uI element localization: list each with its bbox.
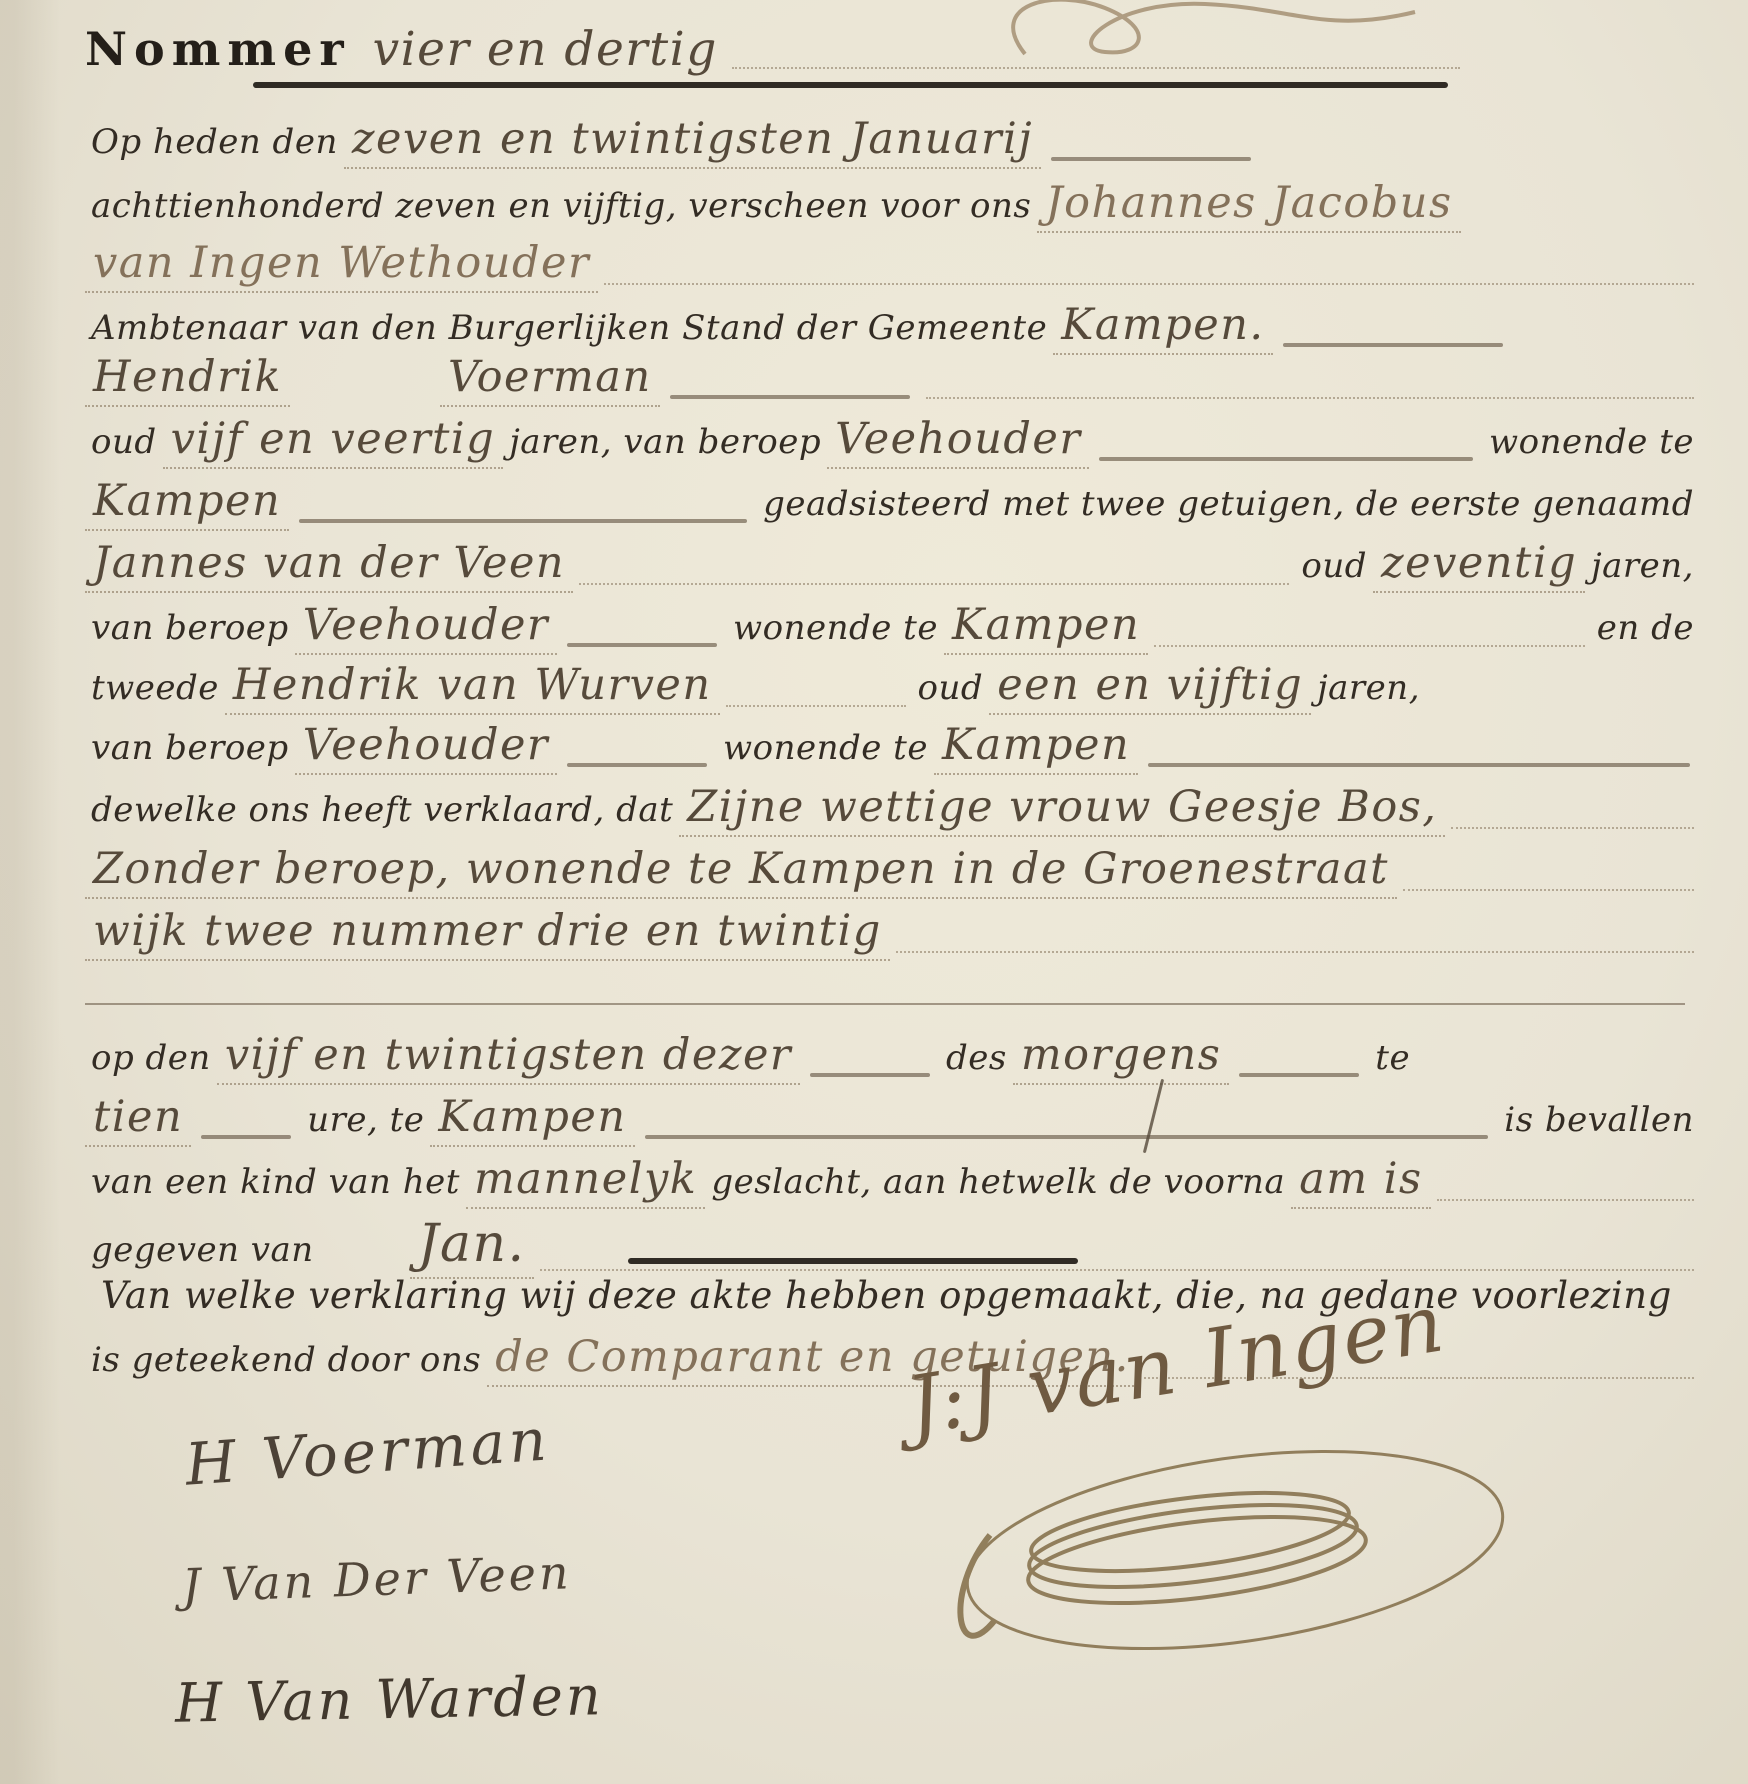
handwritten-municipality: Kampen. (1053, 300, 1272, 355)
birth-certificate-page: Nommer vier en dertig Op heden den zeven… (0, 0, 1748, 1784)
form-line: Op heden den zeven en twintigsten Januar… (85, 114, 1700, 169)
form-line: dewelke ons heeft verklaard, dat Zijne w… (85, 782, 1700, 837)
ruled-filler (1148, 763, 1690, 767)
ruled-filler (1437, 1199, 1694, 1201)
printed-text: oud (85, 422, 163, 462)
ruled-filler (1051, 157, 1251, 161)
signature-witness3: H Van Warden (174, 1664, 604, 1734)
number-value: vier en dertig (365, 22, 726, 77)
number-label: Nommer (85, 22, 365, 76)
handwritten-witness1-occupation: Veehouder (295, 600, 557, 655)
printed-text: jaren, van beroep (503, 422, 827, 462)
handwritten-mother-name: Geesje Bos, (1160, 782, 1445, 837)
form-line: van beroep Veehouder wonende te Kampen e… (85, 600, 1700, 655)
handwritten-witness1-age: zeventig (1373, 538, 1585, 593)
handwritten-birth-place: Kampen (430, 1092, 634, 1147)
form-line: oud vijf en veertig jaren, van beroep Ve… (85, 414, 1700, 469)
ruled-filler (540, 1269, 1694, 1271)
printed-text: dewelke ons heeft verklaard, dat (85, 790, 679, 830)
ruled-filler (604, 283, 1694, 285)
printed-text: achttienhonderd zeven en vijftig, versch… (85, 186, 1037, 226)
printed-text: ure, te (301, 1100, 430, 1140)
printed-text: wonende te (727, 608, 944, 648)
handwritten-witness1-name: Jannes van der Veen (85, 538, 573, 593)
ruled-filler (926, 397, 1694, 399)
record-number-line: Nommer vier en dertig (85, 22, 1700, 77)
form-line: van een kind van het mannelyk geslacht, … (85, 1154, 1700, 1209)
ruled-filler (579, 583, 1289, 585)
printed-text: is bevallen (1498, 1100, 1700, 1140)
handwritten-registrar-name: Johannes Jacobus (1037, 178, 1460, 233)
form-line: van beroep Veehouder wonende te Kampen (85, 720, 1700, 775)
handwritten-declarant-surname: Voerman (440, 352, 660, 407)
signature-flourish (935, 1440, 1555, 1700)
printed-text: tweede (85, 668, 225, 708)
form-line: Zonder beroep, wonende te Kampen in de G… (85, 844, 1700, 899)
printed-text: van beroep (85, 608, 295, 648)
handwritten-child-sex: mannelyk (466, 1154, 705, 1209)
printed-text: geadsisteerd met twee getuigen, de eerst… (757, 484, 1700, 524)
handwritten-witness2-name: Hendrik van Wurven (225, 660, 720, 715)
printed-text: is geteekend door ons (85, 1340, 487, 1380)
printed-text: oud (912, 668, 990, 708)
ruled-filler (1154, 645, 1585, 647)
printed-text: geslacht, aan hetwelk de voorna (705, 1162, 1291, 1202)
ruled-filler (1099, 457, 1473, 461)
handwritten-mother-details: Zonder beroep, wonende te Kampen in de G… (85, 844, 1397, 899)
printed-text: van een kind van het (85, 1162, 466, 1202)
printed-text: jaren, (1311, 668, 1426, 708)
ruled-filler (567, 763, 707, 767)
handwritten-witness1-residence: Kampen (944, 600, 1148, 655)
handwritten-address: wijk twee nummer drie en twintig (85, 906, 890, 961)
printed-text: des (940, 1038, 1013, 1078)
ruled-filler (567, 643, 717, 647)
signature-witness2: J Van Der Veen (181, 1545, 572, 1613)
form-line: Hendrik Voerman (85, 352, 1700, 407)
handwritten-declarant-firstname: Hendrik (85, 352, 290, 407)
printed-text: wonende te (1483, 422, 1700, 462)
handwritten-witness2-occupation: Veehouder (295, 720, 557, 775)
form-line: achttienhonderd zeven en vijftig, versch… (85, 178, 1700, 233)
form-line: Van welke verklaring wij deze akte hebbe… (95, 1274, 1700, 1317)
ruled-filler (645, 1135, 1489, 1139)
ruled-filler (1239, 1073, 1359, 1077)
ruled-filler (1451, 827, 1694, 829)
ruled-filler (896, 951, 1694, 953)
handwritten-residence: Kampen (85, 476, 289, 531)
handwritten-birth-day: vijf en twintigsten dezer (217, 1030, 800, 1085)
handwritten-witness2-age: een en vijftig (989, 660, 1311, 715)
printed-text: en de (1591, 608, 1700, 648)
ruled-filler (1403, 889, 1694, 891)
ruled-filler (726, 705, 906, 707)
ruled-filler (732, 67, 1460, 69)
handwritten-mother-relation: Zijne wettige vrouw (679, 782, 1160, 837)
form-line: Jannes van der Veen oud zeventig jaren, (85, 538, 1700, 593)
form-line: tweede Hendrik van Wurven oud een en vij… (85, 660, 1700, 715)
heavy-divider-line (253, 82, 1448, 88)
printed-text: op den (85, 1038, 217, 1078)
printed-text: jaren, (1585, 546, 1700, 586)
handwritten-registrar-title: van Ingen Wethouder (85, 238, 598, 293)
printed-text: te (1369, 1038, 1416, 1078)
ruled-filler (1283, 343, 1503, 347)
form-line: van Ingen Wethouder (85, 238, 1700, 293)
ruled-filler (299, 519, 747, 523)
handwritten-age: vijf en veertig (163, 414, 504, 469)
handwritten-occupation: Veehouder (827, 414, 1089, 469)
printed-text: Ambtenaar van den Burgerlijken Stand der… (85, 308, 1053, 348)
form-line: is geteekend door ons de Comparant en ge… (85, 1332, 1700, 1387)
handwritten-day-part: morgens (1013, 1030, 1229, 1085)
form-line: tien ure, te Kampen is bevallen (85, 1092, 1700, 1147)
blank-ruled-line (85, 1003, 1685, 1005)
form-line: Ambtenaar van den Burgerlijken Stand der… (85, 300, 1700, 355)
printed-text: wonende te (717, 728, 934, 768)
form-line: Kampen geadsisteerd met twee getuigen, d… (85, 476, 1700, 531)
form-line: gegeven van Jan. (85, 1214, 1700, 1279)
printed-text: Op heden den (85, 122, 344, 162)
signature-witness1: H Voerman (183, 1405, 552, 1498)
form-line: op den vijf en twintigsten dezer des mor… (85, 1030, 1700, 1085)
handwritten-date: zeven en twintigsten Januarij (344, 114, 1041, 169)
handwritten-child-name: Jan. (410, 1214, 534, 1279)
ruled-filler (810, 1073, 930, 1077)
printed-text: gegeven van (85, 1230, 320, 1270)
printed-text: van beroep (85, 728, 295, 768)
handwritten-birth-hour: tien (85, 1092, 191, 1147)
handwritten-name-connector: am is (1291, 1154, 1430, 1209)
handwritten-witness2-residence: Kampen (934, 720, 1138, 775)
printed-text: oud (1295, 546, 1373, 586)
form-line: wijk twee nummer drie en twintig (85, 906, 1700, 961)
ruled-filler (201, 1135, 291, 1139)
ruled-filler (670, 395, 910, 399)
heavy-underline-child-name (628, 1258, 1078, 1264)
